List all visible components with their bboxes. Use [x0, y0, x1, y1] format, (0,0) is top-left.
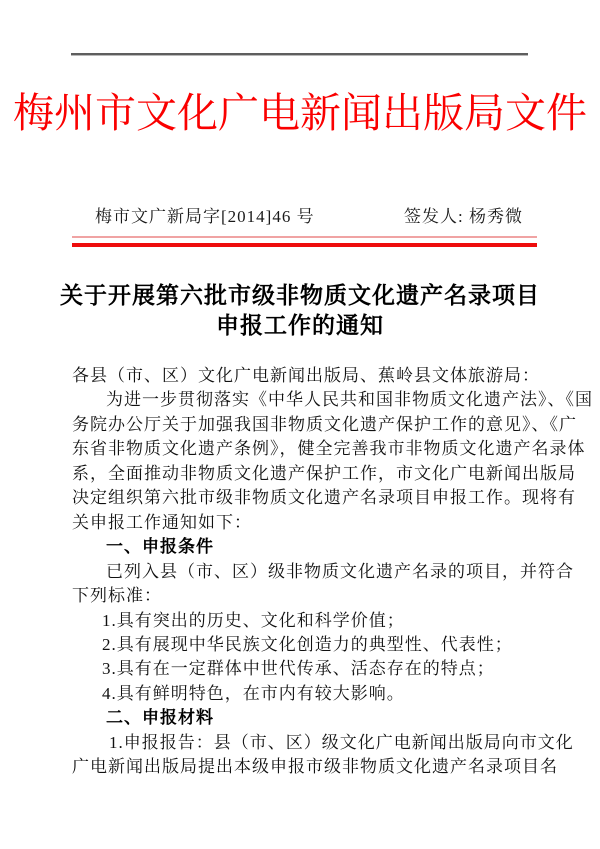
page-top-rule	[71, 53, 528, 56]
body-line: 下列标准：	[72, 584, 538, 608]
doc-info-row: 梅市文广新局字[2014]46 号 签发人: 杨秀微	[95, 202, 523, 227]
notice-title-line1: 关于开展第六批市级非物质文化遗产名录项目	[0, 281, 600, 311]
agency-masthead: 梅州市文化广电新闻出版局文件	[0, 80, 600, 139]
list-item-3: 3.具有在一定群体中世代传承、活态存在的特点；	[72, 657, 538, 681]
list-item-2: 2.具有展现中华民族文化创造力的典型性、代表性；	[72, 633, 538, 657]
document-body: 各县（市、区）文化广电新闻出版局、蕉岭县文体旅游局： 为进一步贯彻落实《中华人民…	[72, 364, 538, 780]
red-rule-thick	[72, 243, 537, 247]
body-line: 关申报工作通知如下：	[72, 511, 538, 535]
list-item-1: 1.具有突出的历史、文化和科学价值；	[72, 609, 538, 633]
notice-title-line2: 申报工作的通知	[0, 311, 600, 341]
red-rule-thin	[72, 236, 537, 238]
body-line: 已列入县（市、区）级非物质文化遗产名录的项目，并符合	[72, 560, 538, 584]
body-line: 为进一步贯彻落实《中华人民共和国非物质文化遗产法》、《国	[72, 388, 538, 412]
body-line: 系，全面推动非物质文化遗产保护工作，市文化广电新闻出版局	[72, 462, 538, 486]
body-line: 东省非物质文化遗产条例》，健全完善我市非物质文化遗产名录体	[72, 437, 538, 461]
list-item-4: 4.具有鲜明特色，在市内有较大影响。	[72, 682, 538, 706]
body-line-salutation: 各县（市、区）文化广电新闻出版局、蕉岭县文体旅游局：	[72, 364, 538, 388]
notice-title: 关于开展第六批市级非物质文化遗产名录项目 申报工作的通知	[0, 281, 600, 341]
body-line: 广电新闻出版局提出本级申报市级非物质文化遗产名录项目名	[72, 755, 538, 779]
body-line: 决定组织第六批市级非物质文化遗产名录项目申报工作。现将有	[72, 486, 538, 510]
body-line: 务院办公厅关于加强我国非物质文化遗产保护工作的意见》、《广	[72, 413, 538, 437]
doc-number: 梅市文广新局字[2014]46 号	[95, 202, 315, 227]
section-heading-1: 一、申报条件	[72, 535, 538, 559]
issuer-name: 签发人: 杨秀微	[404, 202, 523, 227]
document-page: 梅州市文化广电新闻出版局文件 梅市文广新局字[2014]46 号 签发人: 杨秀…	[0, 0, 600, 849]
section-heading-2: 二、申报材料	[72, 706, 538, 730]
list-item-materials-1: 1.申报报告：县（市、区）级文化广电新闻出版局向市文化	[72, 731, 538, 755]
